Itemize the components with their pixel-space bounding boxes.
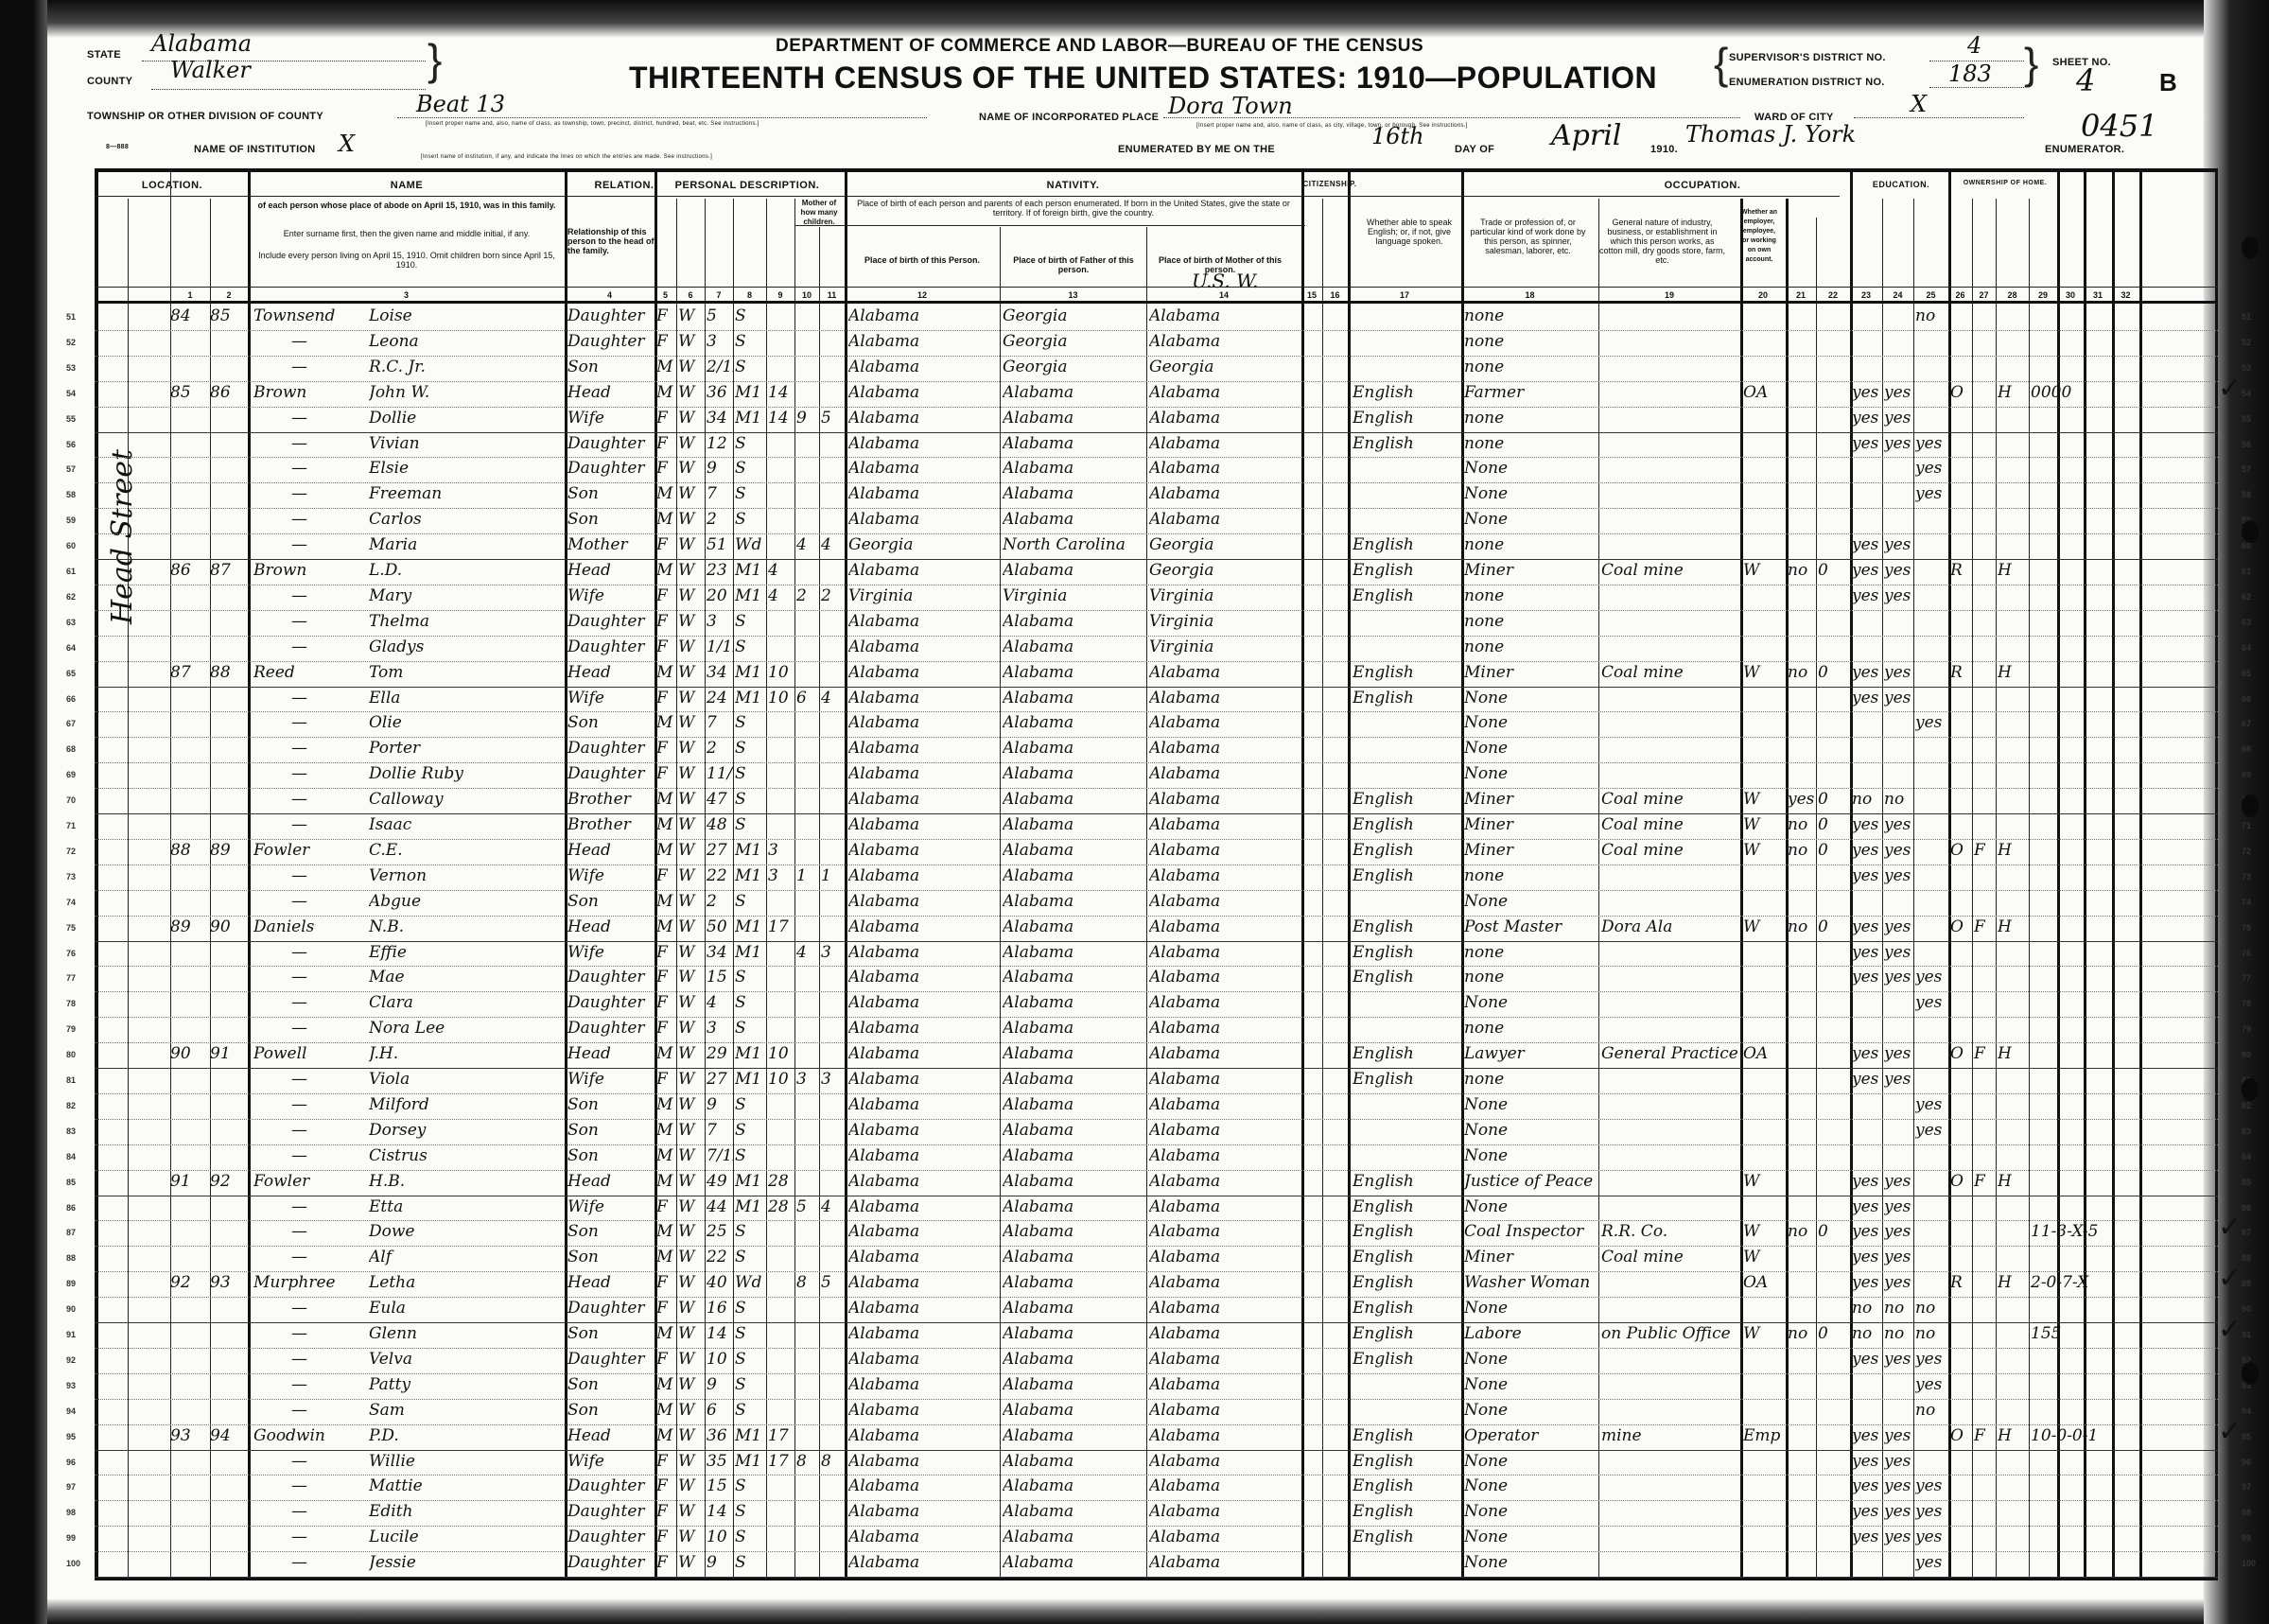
language [1353,1144,1461,1168]
can-write [1884,610,1913,634]
can-read [1852,1551,1882,1575]
sex: F [656,636,675,659]
given-name: Dowe [369,1220,563,1244]
children-born: 9 [796,407,819,430]
given-name: Maria [369,533,563,557]
age: 7 [707,482,733,506]
color: W [678,711,705,735]
free-mortgaged [1974,1551,1996,1575]
weeks-out [1818,1170,1850,1194]
line-number: 76 [2242,949,2251,958]
language [1353,991,1461,1015]
owned-rented [1950,762,1972,786]
children-born [796,1373,819,1397]
out-of-work [1788,762,1816,786]
children-born [796,1348,819,1371]
dwelling-number [170,1551,208,1575]
birthplace-mother: Alabama [1149,788,1300,812]
sex: M [656,559,675,583]
birthplace-person: Virginia [848,585,1000,608]
table-row: 89899293MurphreeLethaHeadFW40Wd85Alabama… [95,1271,2218,1295]
weeks-out [1818,482,1850,506]
color: W [678,356,705,379]
owned-rented [1950,966,1972,989]
free-mortgaged [1974,1271,1996,1295]
can-read [1852,991,1882,1015]
relation: Daughter [567,1526,655,1549]
line-number: 87 [66,1228,76,1237]
birthplace-mother: Alabama [1149,1322,1300,1346]
language [1353,482,1461,506]
given-name: H.B. [369,1170,563,1194]
color: W [678,1246,705,1269]
birthplace-father: Alabama [1003,1322,1146,1346]
age: 5 [707,305,733,328]
language: English [1353,1526,1461,1549]
birthplace-mother: Alabama [1149,1144,1300,1168]
children-living [821,1297,844,1320]
schedule-number [2031,1399,2139,1423]
children-living [821,610,844,634]
sex: F [656,585,675,608]
relation: Son [567,1373,655,1397]
free-mortgaged [1974,788,1996,812]
owned-rented [1950,533,1972,557]
age: 23 [707,559,733,583]
free-mortgaged [1974,737,1996,760]
schedule-number [2031,636,2139,659]
free-mortgaged [1974,533,1996,557]
birthplace-mother: Alabama [1149,1093,1300,1117]
marital-status: S [735,432,765,456]
industry [1601,1373,1740,1397]
birthplace-mother: Alabama [1149,687,1300,710]
out-of-work [1788,1450,1816,1474]
attended-school [1915,1068,1948,1091]
given-name: Vernon [369,864,563,888]
color: W [678,330,705,354]
can-write: yes [1884,1068,1913,1091]
industry [1601,1017,1740,1040]
out-of-work [1788,1068,1816,1091]
relation: Brother [567,788,655,812]
color: W [678,636,705,659]
birthplace-person: Alabama [848,1450,1000,1474]
employer-status [1743,330,1786,354]
free-mortgaged: F [1974,1042,1996,1066]
given-name: Olie [369,711,563,735]
out-of-work: no [1788,916,1816,939]
birthplace-mother: Virginia [1149,636,1300,659]
sex: M [656,711,675,735]
age: 3 [707,330,733,354]
can-write: yes [1884,1246,1913,1269]
out-of-work [1788,482,1816,506]
header-industry: General nature of industry, business, or… [1598,218,1726,265]
enum-year: 1910. [1650,144,1678,155]
birthplace-person: Alabama [848,508,1000,532]
schedule-number [2031,1170,2139,1194]
marital-status: Wd [735,533,765,557]
birthplace-mother: Alabama [1149,1424,1300,1448]
weeks-out [1818,1526,1850,1549]
can-write [1884,1093,1913,1117]
birthplace-mother: Alabama [1149,1475,1300,1498]
dwelling-number [170,737,208,760]
color: W [678,508,705,532]
children-living: 4 [821,687,844,710]
out-of-work [1788,585,1816,608]
children-born [796,890,819,914]
free-mortgaged: F [1974,839,1996,863]
birthplace-father: Alabama [1003,941,1146,965]
employer-status [1743,432,1786,456]
family-number [210,1500,248,1524]
trade: none [1464,864,1598,888]
header-name-sub1: Enter surname first, then the given name… [255,229,558,238]
sex: F [656,432,675,456]
weeks-out: 0 [1818,661,1850,685]
can-read [1852,890,1882,914]
relation: Brother [567,813,655,837]
out-of-work [1788,1144,1816,1168]
farm-house [1998,1475,2029,1498]
language [1353,508,1461,532]
marital-status: M1 [735,407,765,430]
age: 9 [707,1551,733,1575]
children-born: 2 [796,585,819,608]
birthplace-person: Alabama [848,407,1000,430]
can-write: yes [1884,381,1913,405]
marital-status: S [735,1475,765,1498]
family-number [210,1399,248,1423]
attended-school [1915,508,1948,532]
birthplace-mother: Georgia [1149,356,1300,379]
column-number: 7 [705,290,733,300]
birthplace-person: Alabama [848,1196,1000,1219]
line-number: 58 [66,490,76,499]
out-of-work [1788,407,1816,430]
children-living: 4 [821,1196,844,1219]
age: 15 [707,1475,733,1498]
free-mortgaged [1974,966,1996,989]
children-born: 6 [796,687,819,710]
given-name: Etta [369,1196,563,1219]
can-read: yes [1852,1348,1882,1371]
birthplace-person: Alabama [848,1424,1000,1448]
children-living [821,1017,844,1040]
marital-status: S [735,1551,765,1575]
birthplace-person: Alabama [848,711,1000,735]
township-label: Township or other division of county [87,111,323,122]
farm-house [1998,1526,2029,1549]
out-of-work [1788,687,1816,710]
children-born [796,1220,819,1244]
line-number: 97 [66,1482,76,1492]
employer-status [1743,737,1786,760]
can-write: no [1884,788,1913,812]
color: W [678,1220,705,1244]
township-instructions: [Insert proper name and, also, name of c… [426,121,759,127]
marital-status: S [735,1526,765,1549]
schedule-number [2031,585,2139,608]
age: 48 [707,813,733,837]
owned-rented [1950,788,1972,812]
trade: None [1464,1093,1598,1117]
relation: Son [567,1246,655,1269]
years-married [768,508,794,532]
table-row: 9090—EulaDaughterFW16SAlabamaAlabamaAlab… [95,1297,2218,1320]
ward-value: X [1911,91,1927,117]
trade: None [1464,991,1598,1015]
supervisor-district: 4 [1967,32,1981,59]
can-write [1884,1551,1913,1575]
color: W [678,1399,705,1423]
relation: Son [567,1119,655,1143]
sex: M [656,1144,675,1168]
birthplace-father: Alabama [1003,1297,1146,1320]
children-born [796,737,819,760]
family-number [210,813,248,837]
given-name: Calloway [369,788,563,812]
children-born [796,1246,819,1269]
age: 7 [707,1119,733,1143]
children-living [821,890,844,914]
owned-rented [1950,636,1972,659]
table-row: 80809091PowellJ.H.HeadMW29M110AlabamaAla… [95,1042,2218,1066]
age: 14 [707,1322,733,1346]
marital-status: S [735,636,765,659]
table-row: 51518485TownsendLoiseDaughterFW5SAlabama… [95,305,2218,328]
line-number: 98 [66,1508,76,1517]
years-married: 17 [768,916,794,939]
birthplace-person: Georgia [848,533,1000,557]
can-write [1884,356,1913,379]
trade: none [1464,610,1598,634]
can-write [1884,636,1913,659]
free-mortgaged [1974,941,1996,965]
sex: M [656,890,675,914]
birthplace-person: Alabama [848,1144,1000,1168]
age: 9 [707,457,733,480]
free-mortgaged [1974,687,1996,710]
children-born [796,1322,819,1346]
trade: none [1464,966,1598,989]
free-mortgaged [1974,482,1996,506]
family-number [210,1068,248,1091]
can-read: yes [1852,1042,1882,1066]
attended-school: no [1915,1297,1948,1320]
birthplace-father: Alabama [1003,407,1146,430]
given-name: Vivian [369,432,563,456]
free-mortgaged [1974,508,1996,532]
age: 20 [707,585,733,608]
years-married: 28 [768,1170,794,1194]
enumerator-name: Thomas J. York [1685,121,1856,148]
language [1353,1373,1461,1397]
dwelling-number: 90 [170,1042,208,1066]
sex: F [656,1500,675,1524]
birthplace-father: North Carolina [1003,533,1146,557]
given-name: Effie [369,941,563,965]
years-married [768,711,794,735]
owned-rented [1950,737,1972,760]
language: English [1353,1348,1461,1371]
birthplace-father: Georgia [1003,356,1146,379]
age: 34 [707,661,733,685]
line-number: 64 [2242,643,2251,653]
marital-status: M1 [735,839,765,863]
age: 6 [707,1399,733,1423]
header-mother-of: Mother of how many children. [794,199,844,227]
trade: None [1464,457,1598,480]
attended-school [1915,762,1948,786]
birthplace-person: Alabama [848,1322,1000,1346]
line-number: 70 [66,795,76,805]
given-name: Porter [369,737,563,760]
given-name: Tom [369,661,563,685]
family-number [210,966,248,989]
sex: M [656,813,675,837]
family-number: 86 [210,381,248,405]
column-number: 4 [565,290,655,300]
children-born: 4 [796,533,819,557]
attended-school: no [1915,305,1948,328]
state-value: Alabama [151,30,252,57]
free-mortgaged [1974,330,1996,354]
marital-status: S [735,457,765,480]
birthplace-person: Alabama [848,1170,1000,1194]
birthplace-father: Alabama [1003,1220,1146,1244]
children-born [796,457,819,480]
trade: Miner [1464,1246,1598,1269]
attended-school [1915,661,1948,685]
can-write: yes [1884,1220,1913,1244]
attended-school [1915,687,1948,710]
table-row: 9797—MattieDaughterFW15SAlabamaAlabamaAl… [95,1475,2218,1498]
farm-house: H [1998,1271,2029,1295]
enumeration-district: 183 [1948,61,1992,87]
owned-rented [1950,508,1972,532]
children-living [821,1424,844,1448]
can-write: yes [1884,1500,1913,1524]
employer-status [1743,1500,1786,1524]
sex: M [656,356,675,379]
marital-status: S [735,1246,765,1269]
marital-status: M1 [735,941,765,965]
dwelling-number [170,966,208,989]
birthplace-mother: Alabama [1149,813,1300,837]
table-row: 5757—ElsieDaughterFW9SAlabamaAlabamaAlab… [95,457,2218,480]
relation: Wife [567,864,655,888]
relation: Son [567,1220,655,1244]
out-of-work [1788,508,1816,532]
birthplace-person: Alabama [848,1475,1000,1498]
industry: Dora Ala [1601,916,1740,939]
free-mortgaged [1974,1450,1996,1474]
table-row: 8888—AlfSonMW22SAlabamaAlabamaAlabamaEng… [95,1246,2218,1269]
marital-status: S [735,813,765,837]
can-read [1852,1093,1882,1117]
can-write [1884,457,1913,480]
birthplace-father: Alabama [1003,1246,1146,1269]
owned-rented: R [1950,1271,1972,1295]
family-number [210,1246,248,1269]
line-number: 66 [66,694,76,704]
employer-status [1743,1297,1786,1320]
trade: None [1464,1450,1598,1474]
family-number [210,1551,248,1575]
years-married [768,636,794,659]
age: 2 [707,737,733,760]
can-read: no [1852,788,1882,812]
out-of-work: yes [1788,788,1816,812]
attended-school [1915,636,1948,659]
given-name: Cistrus [369,1144,563,1168]
schedule-number [2031,941,2139,965]
birthplace-father: Alabama [1003,1399,1146,1423]
children-living: 3 [821,941,844,965]
employer-status [1743,1475,1786,1498]
employer-status [1743,711,1786,735]
line-number: 51 [2242,312,2251,322]
sex: M [656,1170,675,1194]
age: 34 [707,941,733,965]
given-name: Mattie [369,1475,563,1498]
attended-school: yes [1915,457,1948,480]
attended-school [1915,356,1948,379]
marital-status: S [735,482,765,506]
family-number [210,610,248,634]
column-number: 29 [2029,290,2057,300]
sex: F [656,1348,675,1371]
schedule-number [2031,1450,2139,1474]
attended-school: yes [1915,1475,1948,1498]
schedule-number [2031,407,2139,430]
weeks-out [1818,890,1850,914]
employer-status: W [1743,1170,1786,1194]
farm-house: H [1998,1170,2029,1194]
group-name: NAME [250,180,564,191]
birthplace-mother: Alabama [1149,1042,1300,1066]
can-write: yes [1884,533,1913,557]
table-row: 9191—GlennSonMW14SAlabamaAlabamaAlabamaE… [95,1322,2218,1346]
can-write: yes [1884,916,1913,939]
language [1353,1399,1461,1423]
can-read [1852,737,1882,760]
punch-hole [2242,1078,2259,1101]
employer-status [1743,533,1786,557]
children-living [821,1119,844,1143]
can-read: yes [1852,432,1882,456]
dwelling-number [170,1017,208,1040]
language: English [1353,1297,1461,1320]
employer-status: W [1743,916,1786,939]
marital-status: S [735,330,765,354]
children-living [821,636,844,659]
free-mortgaged [1974,711,1996,735]
age: 49 [707,1170,733,1194]
can-write [1884,737,1913,760]
farm-house [1998,762,2029,786]
age: 22 [707,1246,733,1269]
birthplace-person: Alabama [848,864,1000,888]
line-number: 78 [2242,999,2251,1008]
dwelling-number [170,482,208,506]
line-number: 73 [66,872,76,882]
line-number: 85 [2242,1178,2251,1187]
owned-rented [1950,1348,1972,1371]
